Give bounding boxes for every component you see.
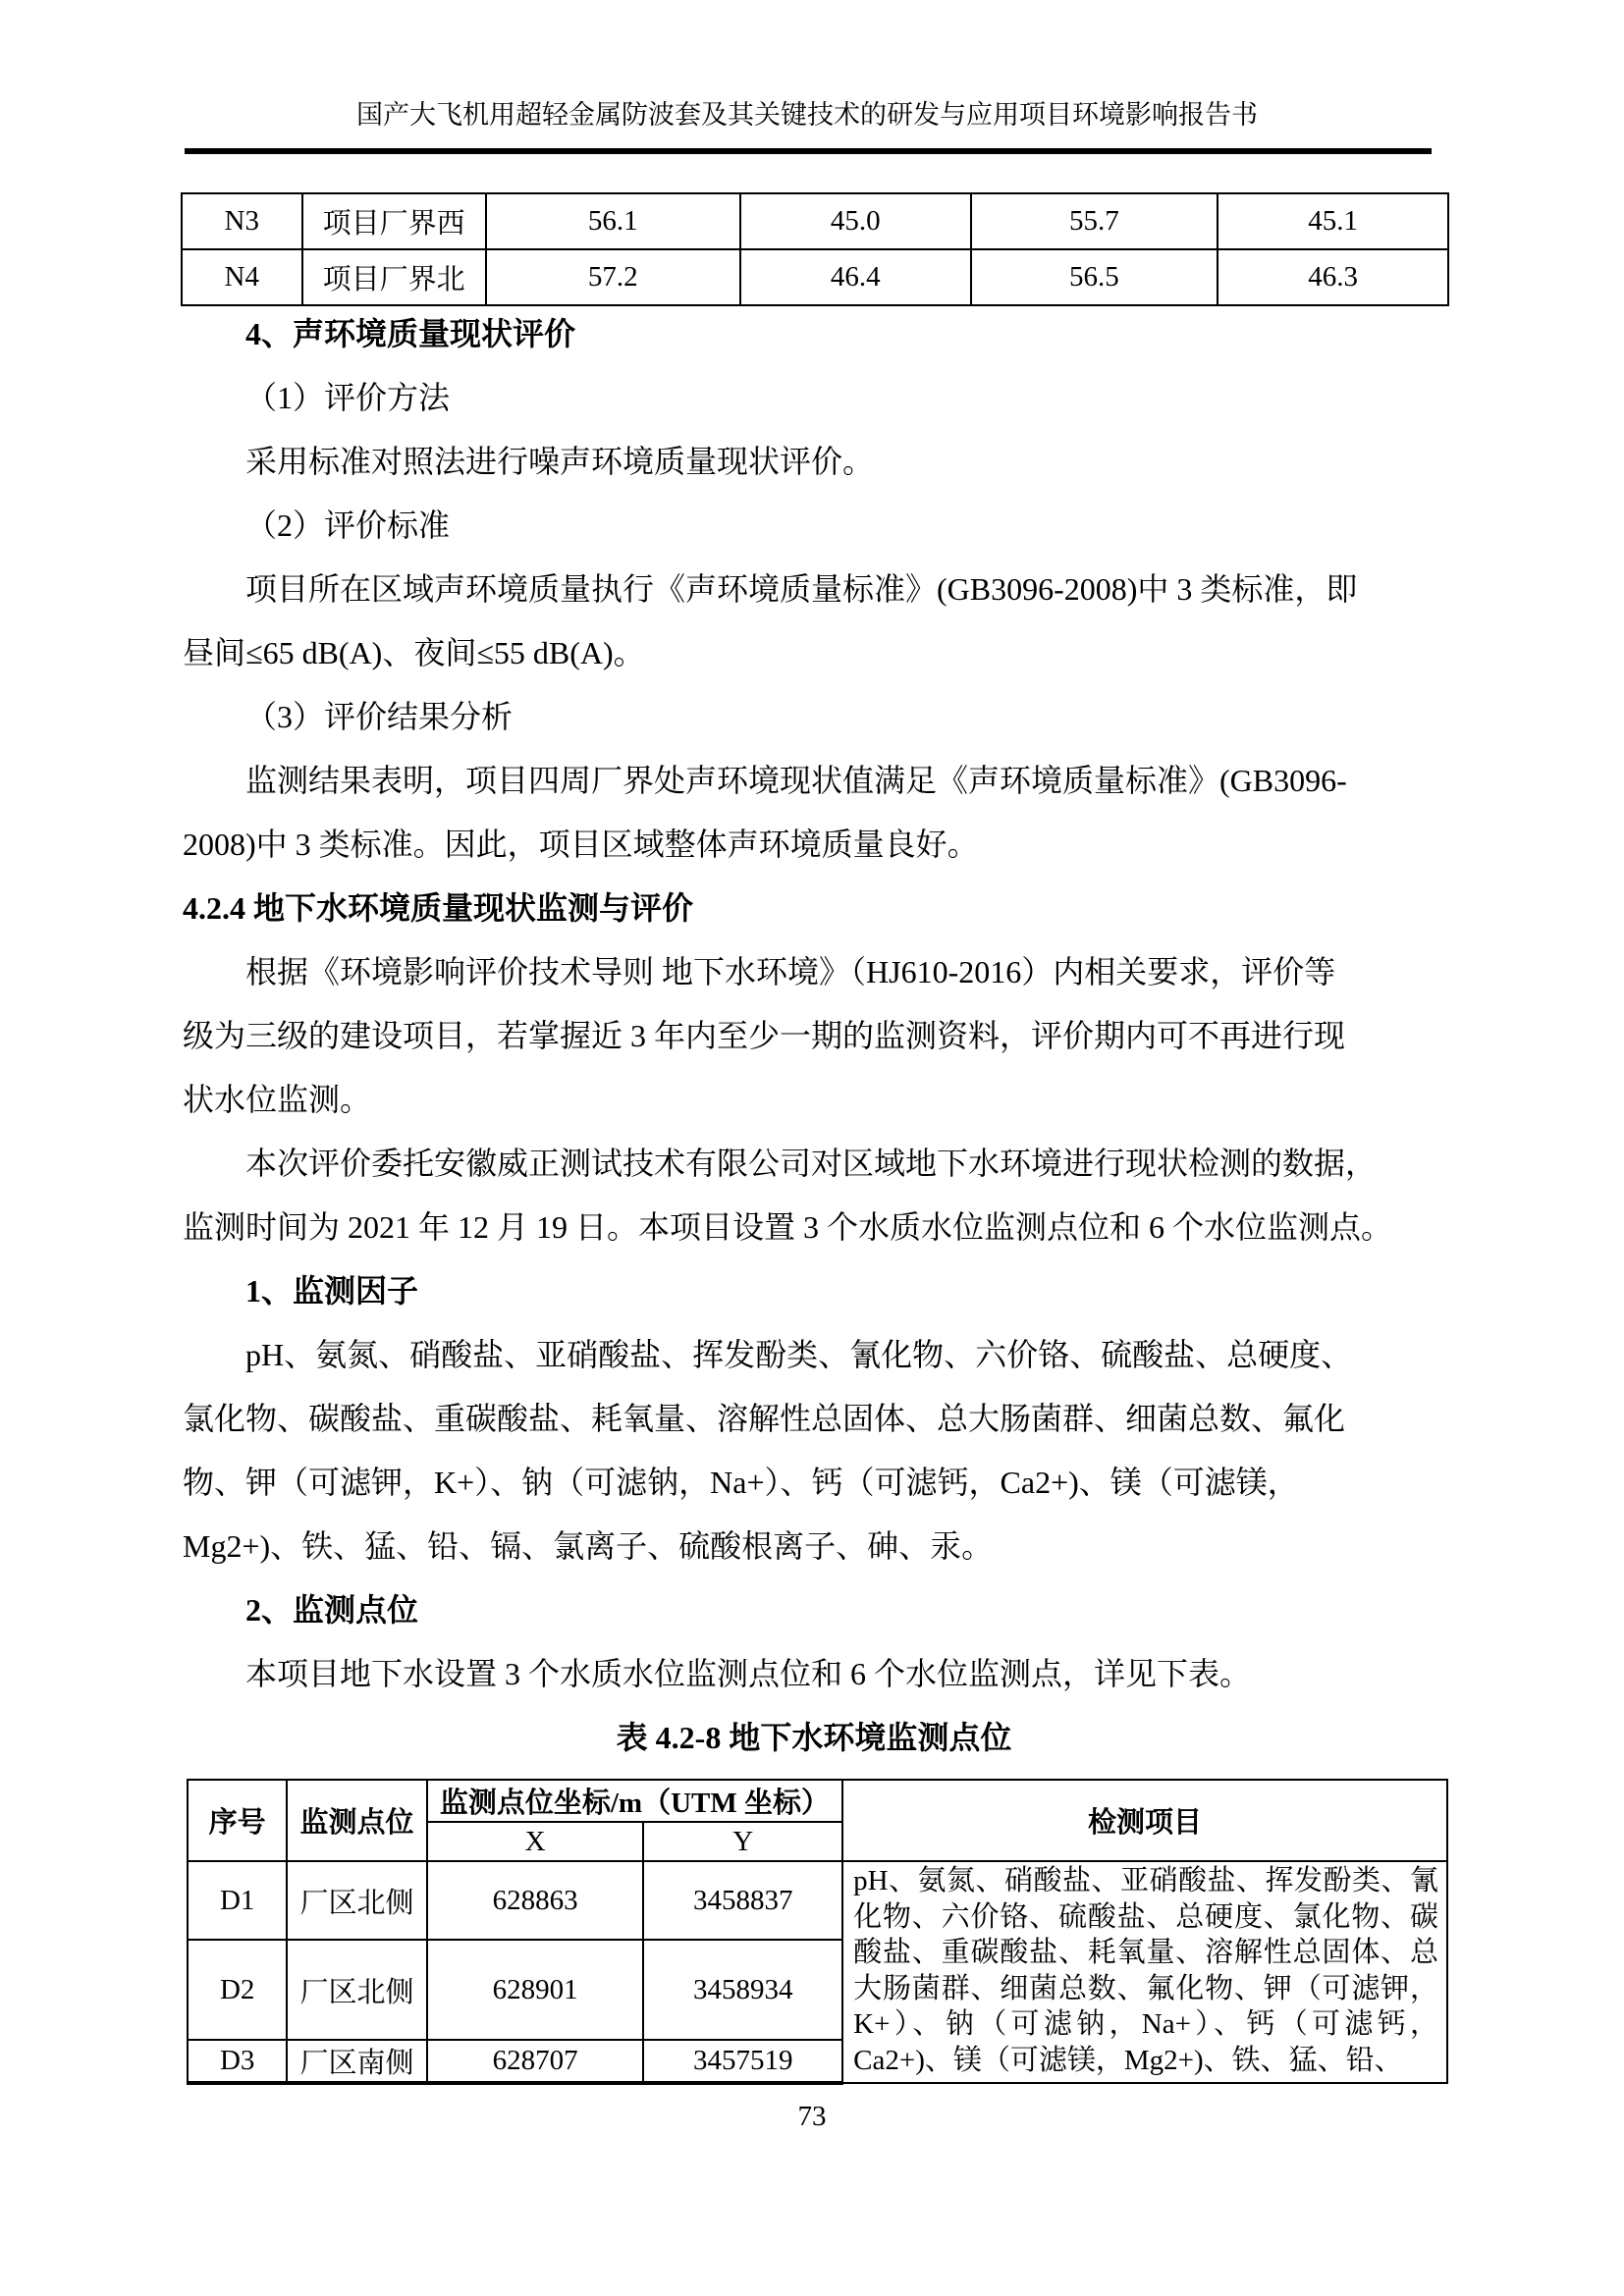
subsection-result-analysis: （3）评价结果分析 [183,685,1445,749]
paragraph-line: 根据《环境影响评价技术导则 地下水环境》（HJ610-2016）内相关要求，评价… [183,940,1445,1004]
subsection-evaluation-method: （1）评价方法 [183,366,1445,430]
gw-point-y: 3457519 [643,2040,842,2083]
groundwater-monitoring-table: 序号 监测点位 监测点位坐标/m（UTM 坐标） 检测项目 X Y D1 厂区北… [187,1779,1448,2085]
paragraph-line: 物、钾（可滤钾，K+）、钠（可滤钠，Na+）、钙（可滤钙，Ca2+)、镁（可滤镁… [183,1451,1445,1515]
gw-table-row-d1: D1 厂区北侧 628863 3458837 pH、氨氮、硝酸盐、亚硝酸盐、挥发… [188,1861,1447,1940]
paragraph-line: 本次评价委托安徽威正测试技术有限公司对区域地下水环境进行现状检测的数据， [183,1132,1445,1196]
gw-table-header-row-1: 序号 监测点位 监测点位坐标/m（UTM 坐标） 检测项目 [188,1780,1447,1822]
gw-point-y: 3458934 [643,1940,842,2040]
noise-value: 56.1 [486,193,740,249]
noise-table-row-n3: N3 项目厂界西 56.1 45.0 55.7 45.1 [182,193,1448,249]
subsection-evaluation-standard: （2）评价标准 [183,494,1445,558]
gw-point-id: D3 [188,2040,287,2083]
gw-detection-items: pH、氨氮、硝酸盐、亚硝酸盐、挥发酚类、氰化物、六价铬、硫酸盐、总硬度、氯化物、… [842,1861,1447,2083]
paragraph-line: 项目所在区域声环境质量执行《声环境质量标准》(GB3096-2008)中 3 类… [183,558,1445,621]
subsection-heading-monitoring-factors: 1、监测因子 [183,1259,1445,1323]
column-header-items: 检测项目 [842,1780,1447,1861]
noise-point-id: N4 [182,249,302,305]
column-header-seq: 序号 [188,1780,287,1861]
noise-value: 45.0 [740,193,971,249]
column-header-x: X [427,1822,644,1861]
paragraph-line: 采用标准对照法进行噪声环境质量现状评价。 [183,430,1445,494]
gw-point-site: 厂区南侧 [287,2040,426,2083]
gw-point-y: 3458837 [643,1861,842,1940]
paragraph-line: 本项目地下水设置 3 个水质水位监测点位和 6 个水位监测点，详见下表。 [183,1642,1445,1706]
gw-point-id: D1 [188,1861,287,1940]
gw-point-x: 628901 [427,1940,644,2040]
paragraph-line: 氯化物、碳酸盐、重碳酸盐、耗氧量、溶解性总固体、总大肠菌群、细菌总数、氟化 [183,1387,1445,1451]
paragraph-line: 昼间≤65 dB(A)、夜间≤55 dB(A)。 [183,621,1445,685]
paragraph-line: pH、氨氮、硝酸盐、亚硝酸盐、挥发酚类、氰化物、六价铬、硫酸盐、总硬度、 [183,1323,1445,1387]
noise-value: 46.3 [1218,249,1448,305]
noise-point-site: 项目厂界北 [302,249,486,305]
section-heading-noise-evaluation: 4、声环境质量现状评价 [183,302,1445,366]
noise-table-row-n4: N4 项目厂界北 57.2 46.4 56.5 46.3 [182,249,1448,305]
gw-point-site: 厂区北侧 [287,1940,426,2040]
noise-value: 45.1 [1218,193,1448,249]
document-body: 4、声环境质量现状评价 （1）评价方法 采用标准对照法进行噪声环境质量现状评价。… [183,302,1445,1770]
paragraph-line: 状水位监测。 [183,1068,1445,1132]
header-divider-rule [185,148,1432,154]
paragraph-line: 级为三级的建设项目，若掌握近 3 年内至少一期的监测资料，评价期内可不再进行现 [183,1004,1445,1068]
column-header-coordinates: 监测点位坐标/m（UTM 坐标） [427,1780,842,1822]
noise-value: 46.4 [740,249,971,305]
gw-point-id: D2 [188,1940,287,2040]
page-number: 73 [0,2099,1624,2134]
noise-value: 55.7 [971,193,1218,249]
subsection-heading-monitoring-points: 2、监测点位 [183,1578,1445,1642]
gw-point-x: 628863 [427,1861,644,1940]
section-heading-groundwater: 4.2.4 地下水环境质量现状监测与评价 [183,877,1445,940]
noise-value: 56.5 [971,249,1218,305]
document-page: 国产大飞机用超轻金属防波套及其关键技术的研发与应用项目环境影响报告书 N3 项目… [0,0,1624,2296]
document-header-title: 国产大飞机用超轻金属防波套及其关键技术的研发与应用项目环境影响报告书 [183,98,1432,132]
column-header-y: Y [643,1822,842,1861]
paragraph-line: 2008)中 3 类标准。因此，项目区域整体声环境质量良好。 [183,813,1445,877]
noise-point-id: N3 [182,193,302,249]
table-caption: 表 4.2-8 地下水环境监测点位 [183,1706,1445,1770]
paragraph-line: 监测结果表明，项目四周厂界处声环境现状值满足《声环境质量标准》(GB3096- [183,749,1445,813]
paragraph-line: 监测时间为 2021 年 12 月 19 日。本项目设置 3 个水质水位监测点位… [183,1196,1445,1259]
noise-value: 57.2 [486,249,740,305]
noise-point-site: 项目厂界西 [302,193,486,249]
column-header-site: 监测点位 [287,1780,426,1861]
gw-point-x: 628707 [427,2040,644,2083]
paragraph-line: Mg2+)、铁、猛、铅、镉、氯离子、硫酸根离子、砷、汞。 [183,1515,1445,1578]
noise-monitoring-table: N3 项目厂界西 56.1 45.0 55.7 45.1 N4 项目厂界北 57… [181,192,1449,306]
gw-point-site: 厂区北侧 [287,1861,426,1940]
